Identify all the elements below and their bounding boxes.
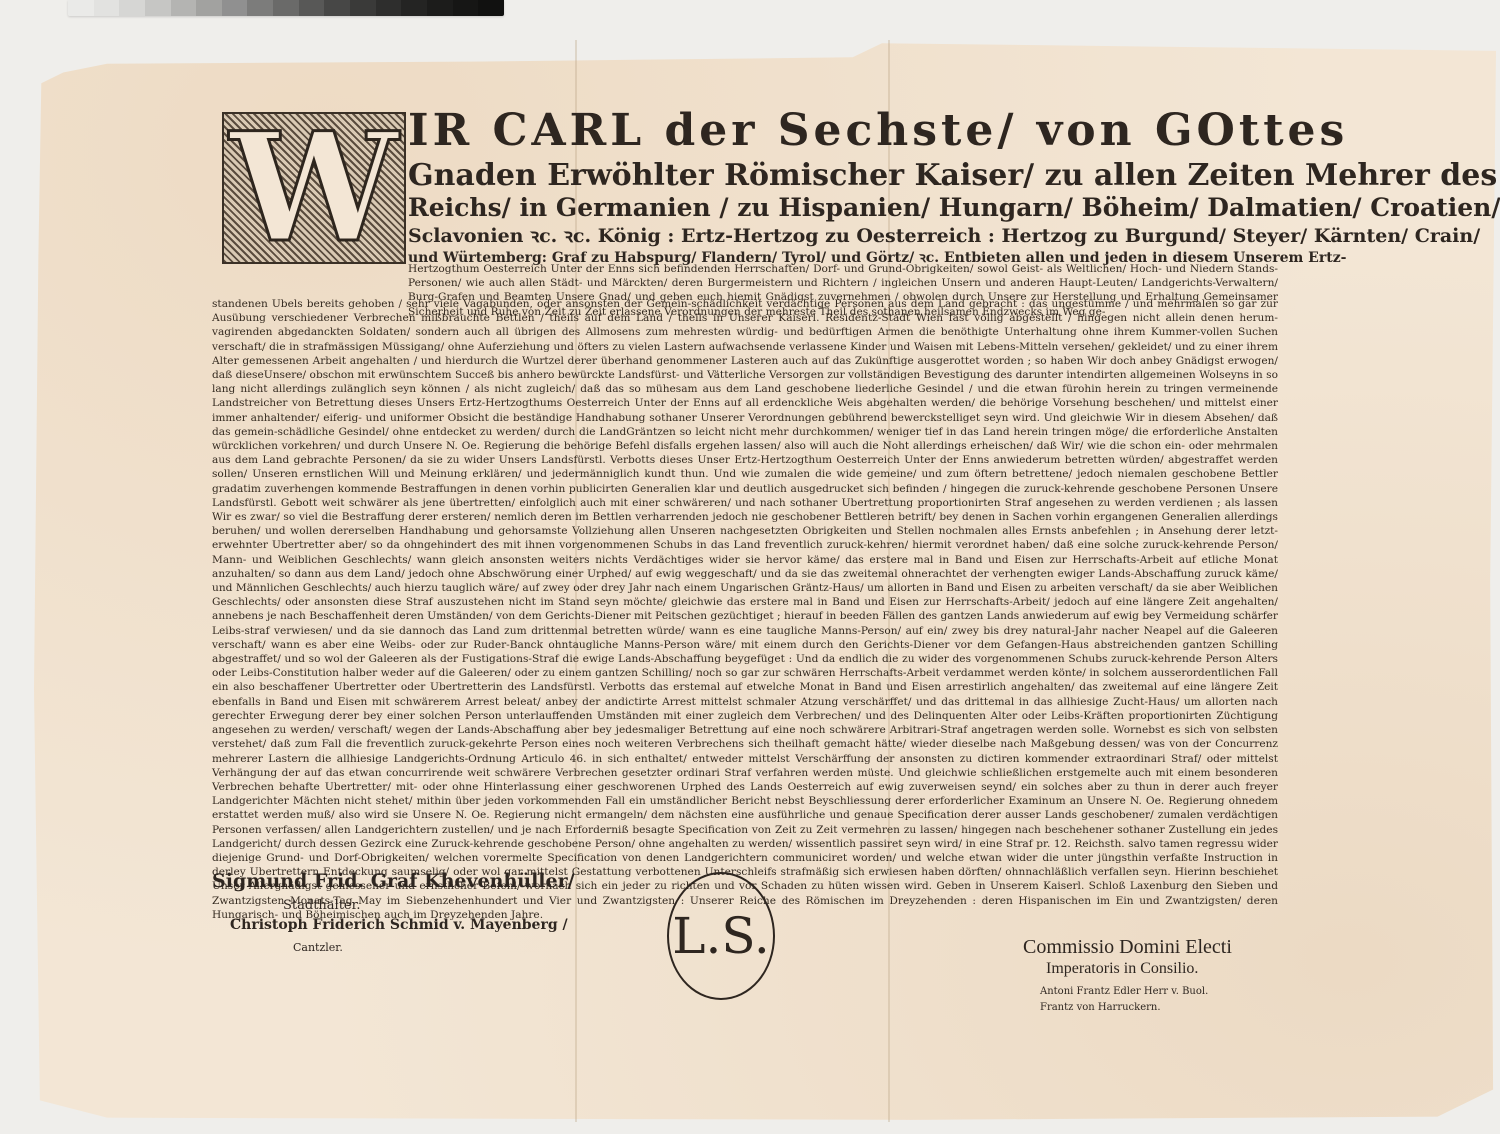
color-swatch <box>350 0 376 16</box>
stadthalter-signature: Sigmund Frid. Graf Khevenhüller/ <box>212 870 575 892</box>
commission-name-1: Antoni Frantz Edler Herr v. Buol. <box>1040 986 1208 997</box>
headline-line-4: Sclavonien ꝛc. ꝛc. König : Ertz-Hertzog … <box>408 222 1288 248</box>
commission-line-1: Commissio Domini Electi <box>1023 936 1232 959</box>
kanzler-signature: Christoph Friderich Schmid v. Mayenberg … <box>230 917 568 933</box>
color-swatch <box>299 0 325 16</box>
color-swatch <box>324 0 350 16</box>
color-swatch <box>171 0 197 16</box>
color-calibration-scale <box>68 0 504 16</box>
commission-line-2: Imperatoris in Consilio. <box>1046 960 1198 978</box>
color-swatch <box>453 0 479 16</box>
body-paragraph: standenen Ubels bereits gehoben / sehr v… <box>212 297 1278 922</box>
color-swatch <box>247 0 273 16</box>
color-swatch <box>145 0 171 16</box>
color-swatch <box>273 0 299 16</box>
color-swatch <box>427 0 453 16</box>
color-swatch <box>376 0 402 16</box>
headline-line-3: Reichs/ in Germanien / zu Hispanien/ Hun… <box>408 193 1288 222</box>
color-swatch <box>401 0 427 16</box>
color-swatch <box>196 0 222 16</box>
color-swatch <box>94 0 120 16</box>
kanzler-title: Cantzler. <box>293 941 343 954</box>
headline-line-2: Gnaden Erwöhlter Römischer Kaiser/ zu al… <box>408 158 1288 193</box>
decorated-initial: W <box>222 112 406 264</box>
seal-circle: L.S. <box>667 872 775 1000</box>
stadthalter-title: Stadthalter. <box>283 898 361 913</box>
commission-name-2: Frantz von Harruckern. <box>1040 1002 1161 1013</box>
seal-text: L.S. <box>672 907 769 965</box>
headline: IR CARL der Sechste/ von GOttes Gnaden E… <box>408 105 1288 267</box>
headline-line-1: IR CARL der Sechste/ von GOttes <box>408 105 1288 156</box>
color-swatch <box>119 0 145 16</box>
color-swatch <box>478 0 504 16</box>
color-swatch <box>68 0 94 16</box>
color-swatch <box>222 0 248 16</box>
initial-letter: W <box>230 113 398 263</box>
